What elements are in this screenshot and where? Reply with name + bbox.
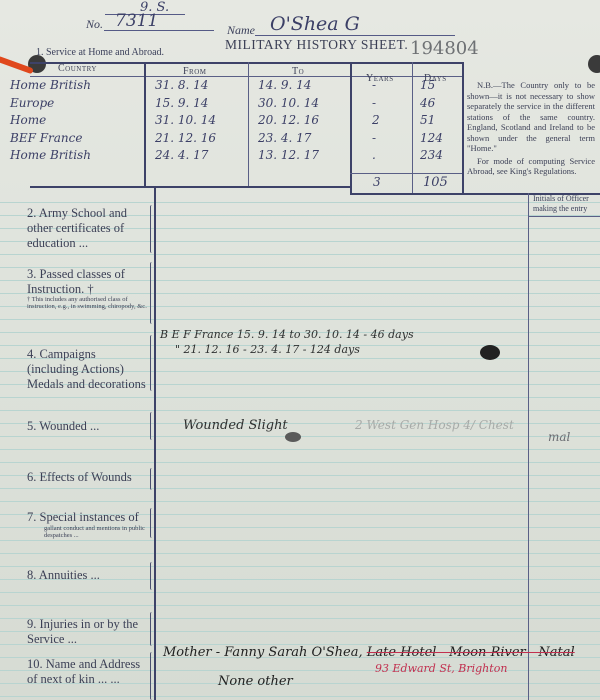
punch-hole-right [588,55,600,73]
service-days-cell: 15 [420,78,435,92]
service-years-cell: . [372,148,376,162]
service-years-cell: - [372,96,376,110]
page-title: MILITARY HISTORY SHEET. [225,37,408,53]
service-years-cell: 2 [372,113,380,127]
service-to-cell: 14. 9. 14 [258,78,311,92]
table-border [350,173,462,174]
brace [150,652,154,700]
nb-note-text-2: For mode of computing Service Abroad, se… [467,156,595,177]
service-years-cell: - [372,78,376,92]
service-country-cell: Home British [10,78,91,92]
service-days-cell: 51 [420,113,435,127]
column-divider [528,216,600,217]
service-from-cell: 15. 9. 14 [155,96,208,110]
column-divider [528,193,529,700]
section-8-label: 8. Annuities ... [27,568,147,583]
table-border [144,62,146,186]
ink-smudge [285,432,301,442]
service-from-cell: 21. 12. 16 [155,131,216,145]
service-from-cell: 31. 10. 14 [155,113,216,127]
section-4-label: 4. Campaigns (including Actions) Medals … [27,347,147,392]
brace [150,468,154,490]
service-years-cell: - [372,131,376,145]
section-10-label: 10. Name and Address of next of kin ... … [27,657,147,687]
service-from-cell: 24. 4. 17 [155,148,208,162]
underline [104,30,214,31]
section-5-label: 5. Wounded ... [27,419,147,434]
service-to-cell: 13. 12. 17 [258,148,319,162]
col-country: Country [58,63,97,74]
service-to-cell: 23. 4. 17 [258,131,311,145]
nb-note: N.B.—The Country only to be shown—it is … [467,80,595,177]
col-to: To [292,66,304,77]
wounded-entry-faint: 2 West Gen Hosp 4/ Chest [355,418,514,432]
service-country-cell: Home [10,113,46,127]
initials-header: Initials of Officer making the entry [533,194,599,214]
soldier-name: O'Shea G [270,13,360,35]
next-of-kin-entry: Mother - Fanny Sarah O'Shea, Late Hotel … [163,645,575,660]
brace [150,412,154,440]
military-history-sheet: 9. S. No. 7311 Name O'Shea G MILITARY HI… [0,0,600,700]
next-of-kin-old-address: Late Hotel - Moon River - Natal [367,645,575,660]
total-years: 3 [373,175,381,189]
next-of-kin-name: Mother - Fanny Sarah O'Shea, [163,645,363,660]
wounded-entry: Wounded Slight [183,418,288,433]
campaigns-entry-1: B E F France 15. 9. 14 to 30. 10. 14 - 4… [160,328,414,341]
brace [150,612,154,646]
col-years: Years [366,73,394,84]
brace [150,205,154,253]
section-3-label: 3. Passed classes of Instruction. † [27,267,147,297]
section-7-label: 7. Special instances of [27,510,157,525]
section-2-label: 2. Army School and other certificates of… [27,206,145,251]
total-days: 105 [423,175,448,190]
name-label: Name [227,23,255,38]
brace [150,335,154,391]
service-days-cell: 46 [420,96,435,110]
number-label: No. [86,17,103,32]
reference-number: 194804 [410,38,479,59]
section-9-label: 9. Injuries in or by the Service ... [27,617,147,647]
next-of-kin-other: None other [218,674,293,689]
brace [150,262,154,324]
service-days-cell: 234 [420,148,443,162]
table-border [30,186,350,188]
service-from-cell: 31. 8. 14 [155,78,208,92]
col-from: From [183,66,207,77]
column-divider [154,186,156,700]
ink-blot [480,345,500,360]
table-border [30,76,462,77]
next-of-kin-new-address: 93 Edward St, Brighton [375,662,507,675]
soldier-number: 7311 [115,11,158,31]
nb-note-text: N.B.—The Country only to be shown—it is … [467,80,595,154]
underline [255,35,455,36]
section-6-label: 6. Effects of Wounds [27,470,157,485]
service-section-label: 1. Service at Home and Abroad. [36,47,164,58]
service-to-cell: 30. 10. 14 [258,96,319,110]
table-border [462,62,464,193]
section-3-footnote: † This includes any authorised class of … [27,296,147,310]
campaigns-entry-2: " 21. 12. 16 - 23. 4. 17 - 124 days [175,343,360,356]
service-country-cell: BEF France [10,131,83,145]
service-to-cell: 20. 12. 16 [258,113,319,127]
table-border [248,62,249,186]
brace [150,562,154,590]
wounded-initials: mal [548,430,570,444]
brace [150,508,154,538]
service-days-cell: 124 [420,131,443,145]
service-country-cell: Europe [10,96,54,110]
section-7-sublabel: gallant conduct and mentions in public d… [44,525,148,539]
service-country-cell: Home British [10,148,91,162]
